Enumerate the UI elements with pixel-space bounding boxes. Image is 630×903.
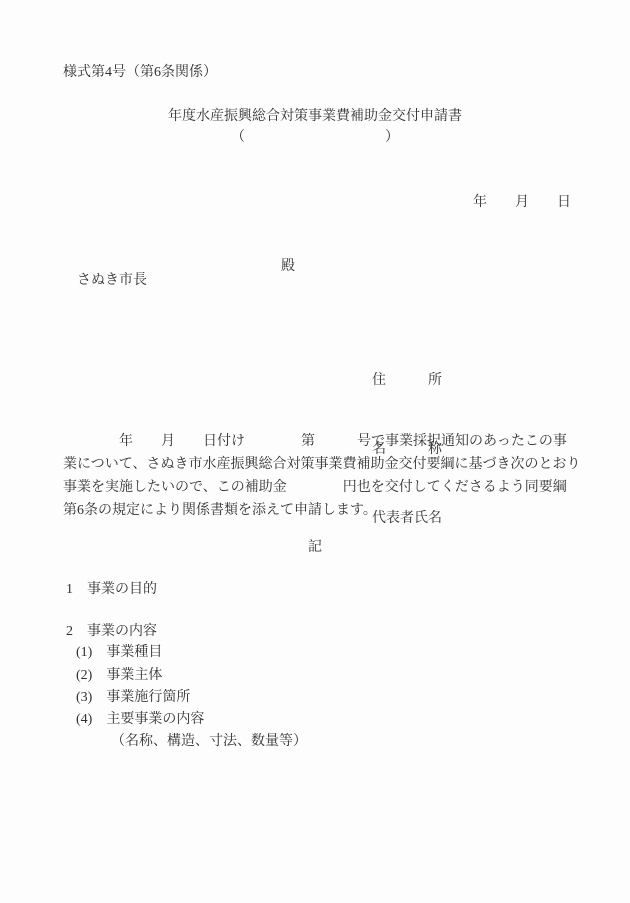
application-form-page: 様式第4号（第6条関係） 年度水産振興総合対策事業費補助金交付申請書 （ ） 年… [0,0,630,903]
form-number: 様式第4号（第6条関係） [63,66,217,80]
document-title: 年度水産振興総合対策事業費補助金交付申請書 [0,110,630,124]
outline-subitem-4-main-project-contents: (4) 主要事業の内容 [76,713,204,727]
outline-subitem-2-project-entity: (2) 事業主体 [76,669,162,683]
applicant-address-label: 住 所 [372,369,442,392]
outline-item-2-contents: 2 事業の内容 [66,625,157,639]
outline-item-1-purpose: 1 事業の目的 [66,583,157,597]
document-title-blank-paren: （ ） [0,131,630,145]
addressee-name: さぬき市長 [77,273,147,288]
date-line: 年 月 日 [473,196,571,210]
addressee-line: さぬき市長 殿 [63,260,403,316]
record-marker: 記 [0,541,630,555]
body-paragraph: 年 月 日付け 第 号で事業採択通知のあったこの事 業について、さぬき市水産振興… [63,430,580,522]
outline-subitem-3-project-location: (3) 事業施行箇所 [76,691,190,705]
outline-subitem-1-project-type: (1) 事業種目 [76,646,162,660]
addressee-honorific: 殿 [281,260,295,274]
outline-subitem-4-note: （名称、構造、寸法、数量等） [111,735,307,749]
